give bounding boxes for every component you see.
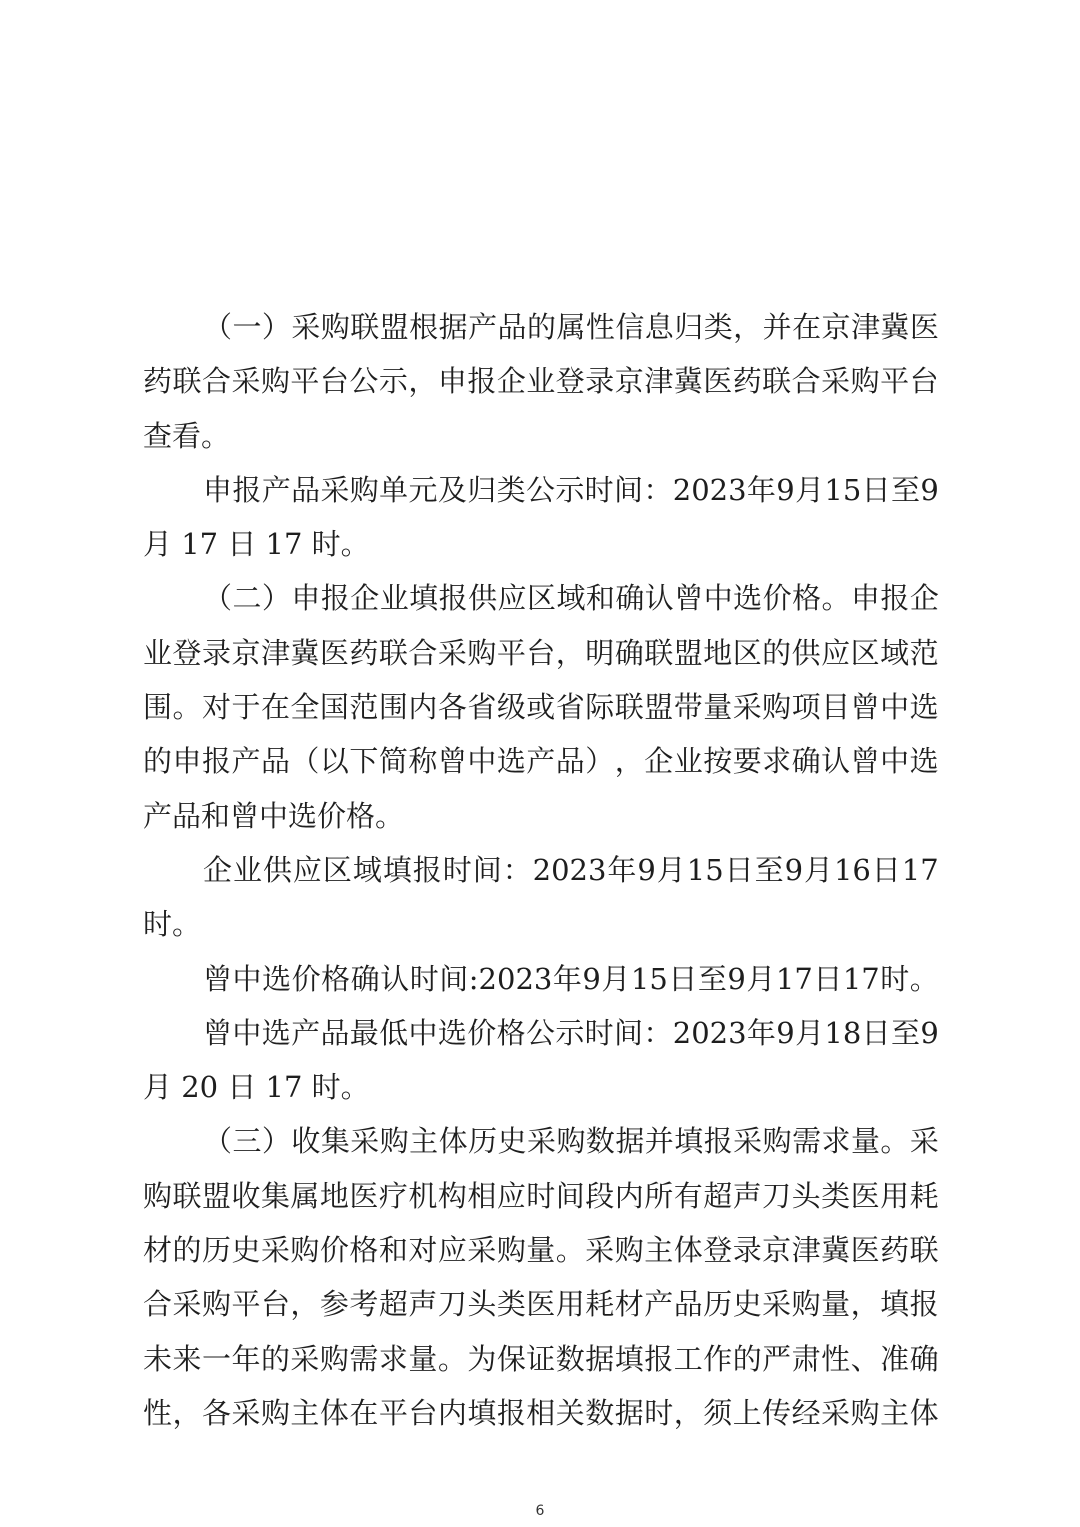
page-number: 6 [0,1503,1080,1519]
document-page: （一）采购联盟根据产品的属性信息归类，并在京津冀医 药联合采购平台公示，申报企业… [0,0,1080,1527]
paragraph-7-line-2: 购联盟收集属地医疗机构相应时间段内所有超声刀头类医用耗 [143,1169,939,1223]
paragraph-7-line-1: （三）收集采购主体历史采购数据并填报采购需求量。采 [143,1114,939,1168]
body-text: （一）采购联盟根据产品的属性信息归类，并在京津冀医 药联合采购平台公示，申报企业… [143,300,939,1440]
paragraph-7-line-4: 合采购平台，参考超声刀头类医用耗材产品历史采购量，填报 [143,1277,939,1331]
paragraph-7-line-3: 材的历史采购价格和对应采购量。采购主体登录京津冀医药联 [143,1223,939,1277]
paragraph-4-line-1: 企业供应区域填报时间：2023年9月15日至9月16日17 [143,843,939,897]
paragraph-1-line-2: 药联合采购平台公示，申报企业登录京津冀医药联合采购平台 [143,354,939,408]
paragraph-1-line-1: （一）采购联盟根据产品的属性信息归类，并在京津冀医 [143,300,939,354]
paragraph-5-line-1: 曾中选价格确认时间:2023年9月15日至9月17日17时。 [143,952,939,1006]
paragraph-1-line-3: 查看。 [143,409,939,463]
paragraph-3-line-1: （二）申报企业填报供应区域和确认曾中选价格。申报企 [143,571,939,625]
paragraph-3-line-5: 产品和曾中选价格。 [143,789,939,843]
paragraph-7-line-6: 性，各采购主体在平台内填报相关数据时，须上传经采购主体 [143,1386,939,1440]
paragraph-6-line-2: 月 20 日 17 时。 [143,1060,939,1114]
paragraph-3-line-4: 的申报产品（以下简称曾中选产品），企业按要求确认曾中选 [143,734,939,788]
paragraph-6-line-1: 曾中选产品最低中选价格公示时间：2023年9月18日至9 [143,1006,939,1060]
paragraph-7-line-5: 未来一年的采购需求量。为保证数据填报工作的严肃性、准确 [143,1332,939,1386]
paragraph-4-line-2: 时。 [143,897,939,951]
paragraph-3-line-3: 围。对于在全国范围内各省级或省际联盟带量采购项目曾中选 [143,680,939,734]
paragraph-2-line-2: 月 17 日 17 时。 [143,517,939,571]
paragraph-2-line-1: 申报产品采购单元及归类公示时间：2023年9月15日至9 [143,463,939,517]
paragraph-3-line-2: 业登录京津冀医药联合采购平台，明确联盟地区的供应区域范 [143,626,939,680]
